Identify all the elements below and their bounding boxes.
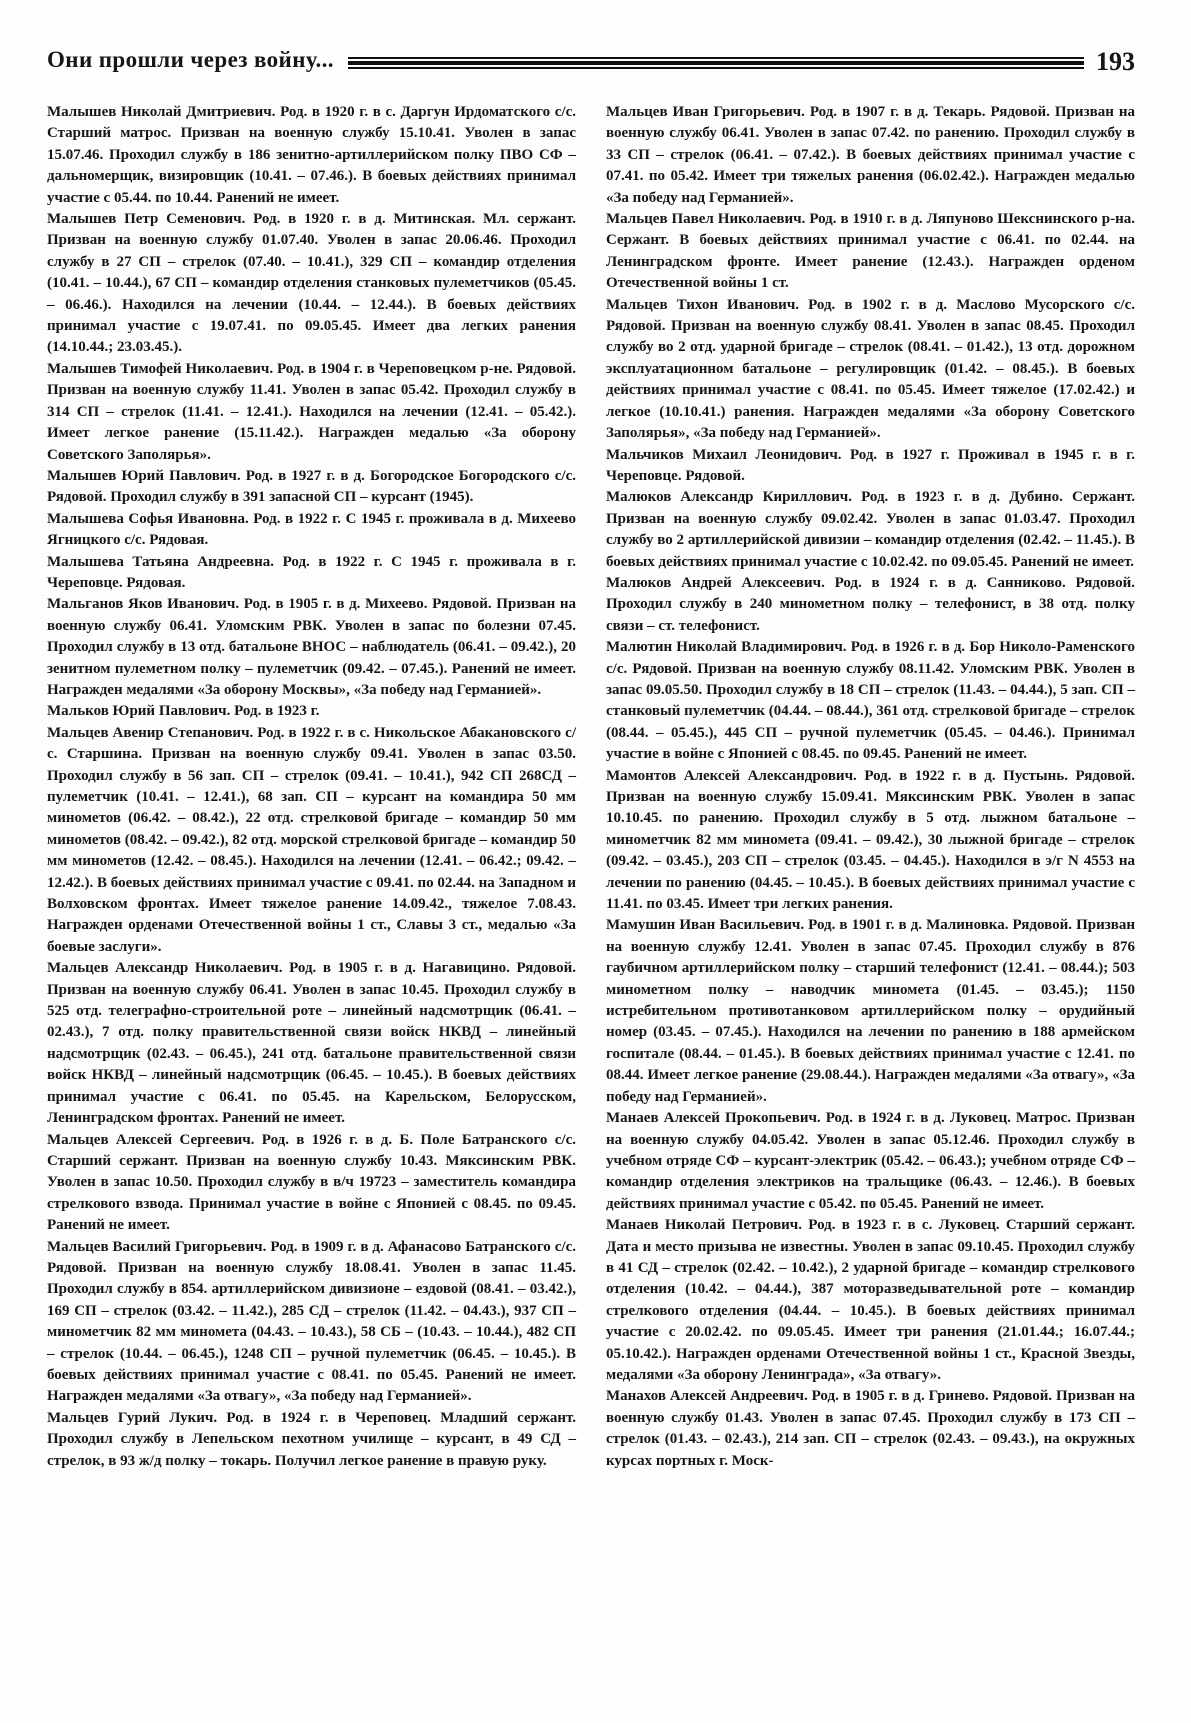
biography-entry: Манаев Алексей Прокопьевич. Род. в 1924 …: [606, 1108, 1135, 1215]
biography-entry: Манаев Николай Петрович. Род. в 1923 г. …: [606, 1215, 1135, 1386]
biography-entry: Мальцев Гурий Лукич. Род. в 1924 г. в Че…: [47, 1408, 576, 1472]
rule-line-bottom: [348, 67, 1084, 69]
biography-entry: Мальчиков Михаил Леонидович. Род. в 1927…: [606, 445, 1135, 488]
biography-entry: Мамушин Иван Васильевич. Род. в 1901 г. …: [606, 915, 1135, 1108]
biography-entry: Малышев Николай Дмитриевич. Род. в 1920 …: [47, 102, 576, 209]
biography-entry: Малютин Николай Владимирович. Род. в 192…: [606, 637, 1135, 765]
biography-entry: Мальцев Павел Николаевич. Род. в 1910 г.…: [606, 209, 1135, 295]
biography-entry: Малышева Татьяна Андреевна. Род. в 1922 …: [47, 552, 576, 595]
biography-entry: Мальцев Авенир Степанович. Род. в 1922 г…: [47, 723, 576, 958]
biography-entry: Малышев Петр Семенович. Род. в 1920 г. в…: [47, 209, 576, 359]
biography-entry: Малышев Тимофей Николаевич. Род. в 1904 …: [47, 359, 576, 466]
biography-entry: Мальцев Тихон Иванович. Род. в 1902 г. в…: [606, 295, 1135, 445]
biography-entry: Малышев Юрий Павлович. Род. в 1927 г. в …: [47, 466, 576, 509]
biography-entry: Малюков Андрей Алексеевич. Род. в 1924 г…: [606, 573, 1135, 637]
decorative-rule: [348, 57, 1084, 69]
biography-entry: Мальцев Иван Григорьевич. Род. в 1907 г.…: [606, 102, 1135, 209]
page-number: 193: [1096, 47, 1135, 77]
biography-entry: Мальганов Яков Иванович. Род. в 1905 г. …: [47, 594, 576, 701]
page-header: Они прошли через войну... 193: [47, 40, 1135, 80]
biography-entry: Малюков Александр Кириллович. Род. в 192…: [606, 487, 1135, 573]
rule-line-middle: [348, 61, 1084, 65]
biography-entry: Малышева Софья Ивановна. Род. в 1922 г. …: [47, 509, 576, 552]
biography-entry: Манахов Алексей Андреевич. Род. в 1905 г…: [606, 1386, 1135, 1472]
biography-entry: Мальцев Алексей Сергеевич. Род. в 1926 г…: [47, 1130, 576, 1237]
biography-entry: Мальцев Василий Григорьевич. Род. в 1909…: [47, 1237, 576, 1408]
biography-entry: Мамонтов Алексей Александрович. Род. в 1…: [606, 766, 1135, 916]
left-column: Малышев Николай Дмитриевич. Род. в 1920 …: [47, 102, 576, 1472]
rule-line-top: [348, 57, 1084, 59]
right-column: Мальцев Иван Григорьевич. Род. в 1907 г.…: [606, 102, 1135, 1472]
biography-entry: Мальков Юрий Павлович. Род. в 1923 г.: [47, 701, 576, 722]
book-page: Они прошли через войну... 193 Малышев Ни…: [0, 0, 1191, 1723]
biography-entry: Мальцев Александр Николаевич. Род. в 190…: [47, 958, 576, 1129]
text-columns: Малышев Николай Дмитриевич. Род. в 1920 …: [47, 102, 1135, 1472]
running-title: Они прошли через войну...: [47, 47, 334, 73]
